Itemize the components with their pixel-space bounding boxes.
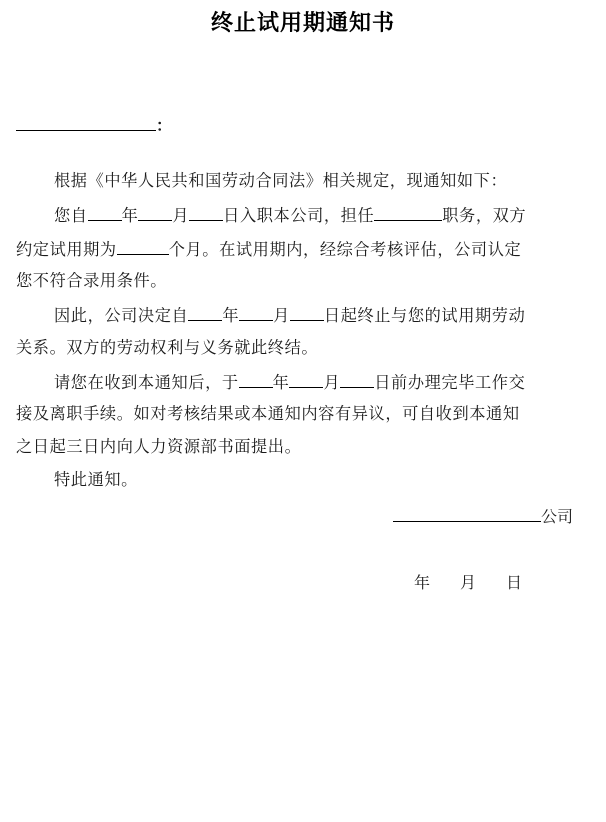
paragraph-handover-line1: 请您在收到本通知后，于年月日前办理完毕工作交 xyxy=(16,371,606,393)
text: 年 xyxy=(222,306,239,325)
probation-months-blank[interactable] xyxy=(117,238,169,255)
text: 请您在收到本通知后，于 xyxy=(54,373,239,392)
addressee-blank[interactable] xyxy=(16,114,156,131)
termination-month-blank[interactable] xyxy=(239,304,273,321)
text: 个月。在试用期内，经综合考核评估，公司认定 xyxy=(169,240,522,259)
paragraph-entry-info-line1: 您自年月日入职本公司，担任职务，双方 xyxy=(16,204,606,226)
handover-day-blank[interactable] xyxy=(340,371,374,388)
paragraph-handover-line2: 接及离职手续。如对考核结果或本通知内容有异议，可自收到本通知 xyxy=(16,404,592,424)
signature-date: 年月日 xyxy=(414,570,522,593)
signature-company-line: 公司 xyxy=(393,504,573,527)
text: 月 xyxy=(323,373,340,392)
text: 月 xyxy=(172,206,189,225)
company-name-blank[interactable] xyxy=(393,505,541,522)
text: 日入职本公司，担任 xyxy=(223,206,374,225)
text: 根据《中华人民共和国劳动合同法》相关规定，现通知如下： xyxy=(54,171,507,190)
handover-year-blank[interactable] xyxy=(239,371,273,388)
text: 之日起三日内向人力资源部书面提出。 xyxy=(16,437,301,456)
position-blank[interactable] xyxy=(374,204,442,221)
text: 特此通知。 xyxy=(54,470,138,489)
text: 日起终止与您的试用期劳动 xyxy=(324,306,525,325)
termination-year-blank[interactable] xyxy=(188,304,222,321)
company-suffix: 公司 xyxy=(541,507,573,526)
paragraph-handover-line3: 之日起三日内向人力资源部书面提出。 xyxy=(16,437,592,457)
paragraph-closing: 特此通知。 xyxy=(16,470,606,490)
text: 约定试用期为 xyxy=(16,240,117,259)
entry-day-blank[interactable] xyxy=(189,204,223,221)
termination-day-blank[interactable] xyxy=(290,304,324,321)
paragraph-termination-line2: 关系。双方的劳动权利与义务就此终结。 xyxy=(16,338,592,358)
text: 因此，公司决定自 xyxy=(54,306,188,325)
text: 年 xyxy=(122,206,139,225)
handover-month-blank[interactable] xyxy=(289,371,323,388)
date-month-label: 月 xyxy=(460,573,476,592)
text: 职务，双方 xyxy=(442,206,526,225)
text: 您不符合录用条件。 xyxy=(16,271,167,290)
paragraph-legal-basis: 根据《中华人民共和国劳动合同法》相关规定，现通知如下： xyxy=(16,171,606,191)
text: 月 xyxy=(273,306,290,325)
text: 您自 xyxy=(54,206,88,225)
paragraph-entry-info-line3: 您不符合录用条件。 xyxy=(16,271,592,291)
entry-month-blank[interactable] xyxy=(138,204,172,221)
paragraph-termination-line1: 因此，公司决定自年月日起终止与您的试用期劳动 xyxy=(16,304,606,326)
date-year-label: 年 xyxy=(414,573,430,592)
text: 接及离职手续。如对考核结果或本通知内容有异议，可自收到本通知 xyxy=(16,404,520,423)
text: 日前办理完毕工作交 xyxy=(374,373,525,392)
text: 年 xyxy=(273,373,290,392)
text: 关系。双方的劳动权利与义务就此终结。 xyxy=(16,338,318,357)
paragraph-entry-info-line2: 约定试用期为个月。在试用期内，经综合考核评估，公司认定 xyxy=(16,238,592,260)
addressee-colon: ： xyxy=(156,116,172,135)
entry-year-blank[interactable] xyxy=(88,204,122,221)
date-day-label: 日 xyxy=(506,573,522,592)
document-title: 终止试用期通知书 xyxy=(0,6,606,37)
addressee-line: ： xyxy=(16,113,172,136)
